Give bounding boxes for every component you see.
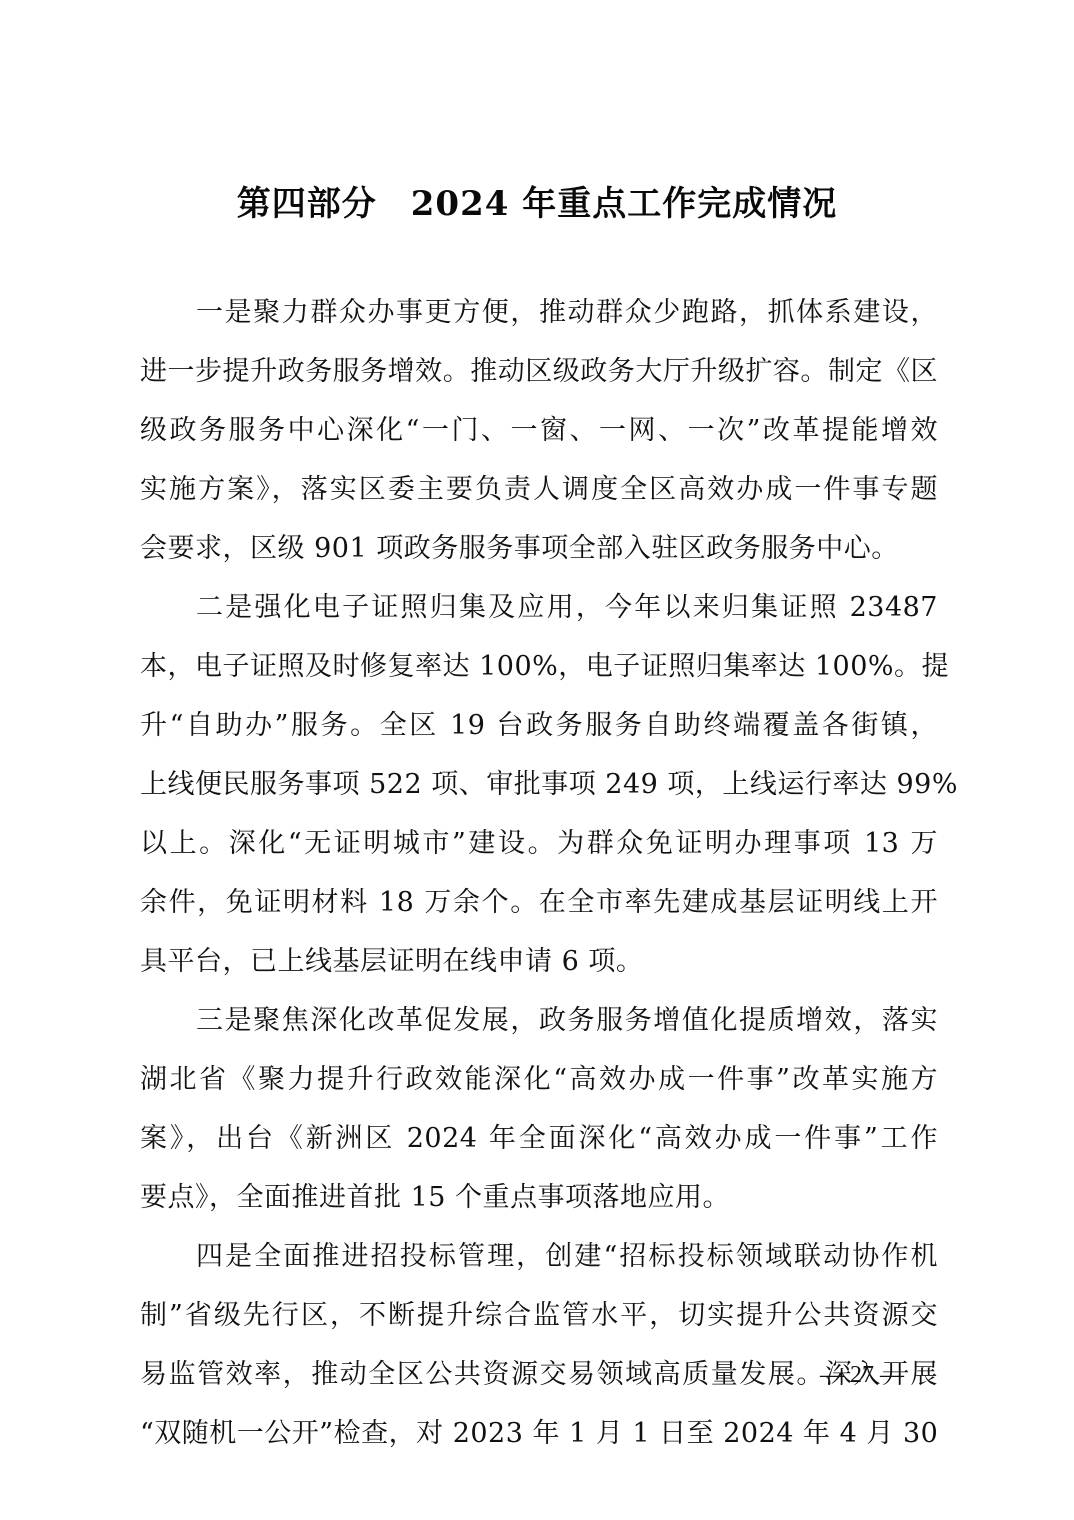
section-heading: 2024 年重点工作完成情况 bbox=[411, 184, 837, 224]
text-line: 四是全面推进招投标管理，创建“招标投标领域联动协作机 bbox=[140, 1227, 938, 1286]
text-line: 会要求，区级 901 项政务服务事项全部入驻区政务服务中心。 bbox=[140, 519, 938, 578]
text-line: 本，电子证照及时修复率达 100%，电子证照归集率达 100%。提 bbox=[140, 637, 938, 696]
text-line: 以上。深化“无证明城市”建设。为群众免证明办理事项 13 万 bbox=[140, 814, 938, 873]
text-line: 进一步提升政务服务增效。推动区级政务大厅升级扩容。制定《区 bbox=[140, 342, 938, 401]
text-line: 实施方案》，落实区委主要负责人调度全区高效办成一件事专题 bbox=[140, 460, 938, 519]
text-line: 案》，出台《新洲区 2024 年全面深化“高效办成一件事”工作 bbox=[140, 1109, 938, 1168]
text-line: 三是聚焦深化改革促发展，政务服务增值化提质增效，落实 bbox=[140, 991, 938, 1050]
text-line: 余件，免证明材料 18 万余个。在全市率先建成基层证明线上开 bbox=[140, 873, 938, 932]
text-line: 制”省级先行区，不断提升综合监管水平，切实提升公共资源交 bbox=[140, 1286, 938, 1345]
text-line: 要点》，全面推进首批 15 个重点事项落地应用。 bbox=[140, 1168, 938, 1227]
page-number: — 27 — bbox=[820, 1362, 904, 1389]
text-line: 升“自助办”服务。全区 19 台政务服务自助终端覆盖各街镇， bbox=[140, 696, 938, 755]
text-line: 具平台，已上线基层证明在线申请 6 项。 bbox=[140, 932, 938, 991]
text-line: 一是聚力群众办事更方便，推动群众少跑路，抓体系建设， bbox=[140, 283, 938, 342]
page-title: 第四部分2024 年重点工作完成情况 bbox=[0, 176, 1074, 225]
part-label: 第四部分 bbox=[237, 184, 377, 224]
text-line: 湖北省《聚力提升行政效能深化“高效办成一件事”改革实施方 bbox=[140, 1050, 938, 1109]
text-line: 上线便民服务事项 522 项、审批事项 249 项，上线运行率达 99% bbox=[140, 755, 938, 814]
text-line: 二是强化电子证照归集及应用，今年以来归集证照 23487 bbox=[140, 578, 938, 637]
text-line: 级政务服务中心深化“一门、一窗、一网、一次”改革提能增效 bbox=[140, 401, 938, 460]
text-line: “双随机一公开”检查，对 2023 年 1 月 1 日至 2024 年 4 月 … bbox=[140, 1404, 938, 1463]
body-text: 一是聚力群众办事更方便，推动群众少跑路，抓体系建设， 进一步提升政务服务增效。推… bbox=[140, 283, 938, 1463]
text-line: 易监管效率，推动全区公共资源交易领域高质量发展。深入开展 bbox=[140, 1345, 938, 1404]
